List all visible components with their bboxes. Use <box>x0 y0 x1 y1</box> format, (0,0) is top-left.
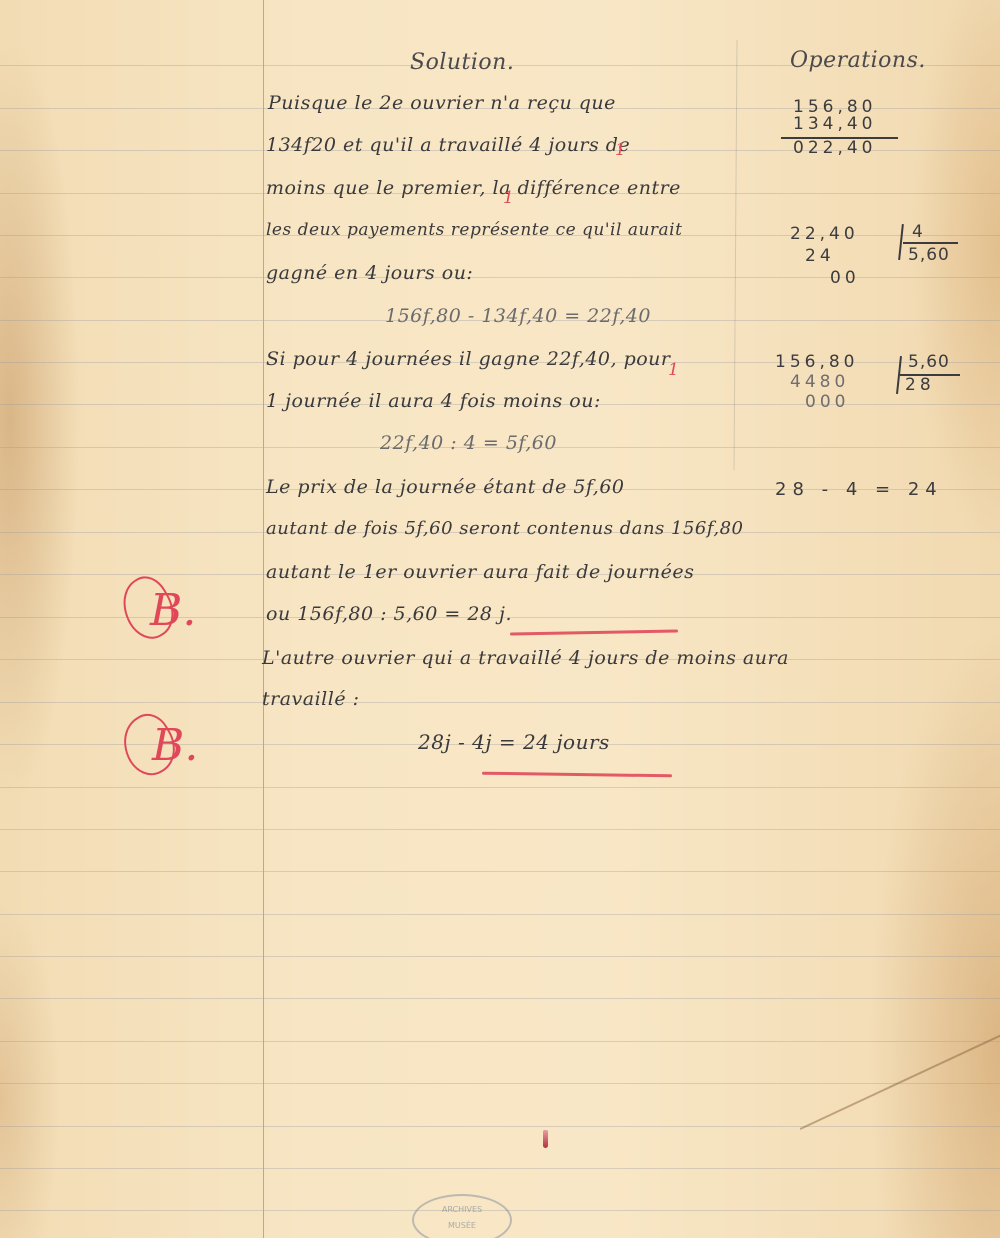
grade-mark-1: B. <box>150 585 196 636</box>
paper-fold-crease <box>800 1031 1000 1130</box>
solution-line-1: Puisque le 2e ouvrier n'a reçu que <box>268 92 616 114</box>
solution-line-8: Le prix de la journée étant de 5f,60 <box>266 476 625 498</box>
difference-equation: 28 - 4 = 24 <box>775 479 943 500</box>
div2-quotient: 28 <box>905 375 935 395</box>
archive-stamp: ARCHIVES MUSÉE <box>412 1194 512 1238</box>
correction-insert-mark-2: 1 <box>503 188 514 208</box>
solution-line-9: autant de fois 5f,60 seront contenus dan… <box>266 518 744 539</box>
stamp-line-2: MUSÉE <box>414 1218 510 1234</box>
notebook-page: Solution. Operations. Puisque le 2e ouvr… <box>0 0 1000 1238</box>
div2-remainder: 000 <box>805 392 849 412</box>
red-margin-line <box>263 0 264 1238</box>
solution-equation-1: 156f,80 - 134f,40 = 22f,40 <box>385 305 651 327</box>
solution-line-5: gagné en 4 jours ou: <box>266 262 473 284</box>
solution-heading: Solution. <box>410 50 514 75</box>
solution-line-2: 134f20 et qu'il a travaillé 4 jours de <box>266 134 630 156</box>
div2-step: 4480 <box>790 372 849 392</box>
red-underline-2 <box>482 772 672 778</box>
operations-heading: Operations. <box>790 48 926 73</box>
sub-result: 022,40 <box>793 138 876 158</box>
solution-line-13: travaillé : <box>262 688 360 710</box>
solution-line-11: ou 156f,80 : 5,60 = 28 j. <box>266 603 512 625</box>
solution-line-12: L'autre ouvrier qui a travaillé 4 jours … <box>262 647 789 669</box>
div2-divisor: 5,60 <box>908 352 950 372</box>
div1-divisor: 4 <box>912 222 925 242</box>
correction-insert-mark-1: 1 <box>615 140 626 160</box>
div2-dividend: 156,80 <box>775 352 858 372</box>
solution-line-3: moins que le premier, la différence entr… <box>266 177 681 199</box>
div1-rule <box>903 242 958 244</box>
grade-mark-2: B. <box>152 720 198 771</box>
sub-subtrahend: 134,40 <box>793 114 876 134</box>
red-ink-drop <box>543 1130 548 1148</box>
solution-line-4: les deux payements représente ce qu'il a… <box>266 220 682 240</box>
solution-line-6: Si pour 4 journées il gagne 22f,40, pour <box>266 348 671 370</box>
stamp-line-1: ARCHIVES <box>414 1202 510 1218</box>
correction-insert-mark-3: 1 <box>668 360 679 380</box>
solution-line-10: autant le 1er ouvrier aura fait de journ… <box>266 561 694 583</box>
solution-line-7: 1 journée il aura 4 fois moins ou: <box>266 390 601 412</box>
div1-dividend: 22,40 <box>790 224 859 244</box>
div1-remainder: 00 <box>830 268 860 288</box>
solution-equation-2: 22f,40 : 4 = 5f,60 <box>380 432 557 454</box>
column-divider <box>733 40 737 470</box>
solution-final-answer: 28j - 4j = 24 jours <box>418 730 610 754</box>
div1-step: 24 <box>805 246 835 266</box>
red-underline-1 <box>510 630 678 636</box>
div1-quotient: 5,60 <box>908 245 950 265</box>
